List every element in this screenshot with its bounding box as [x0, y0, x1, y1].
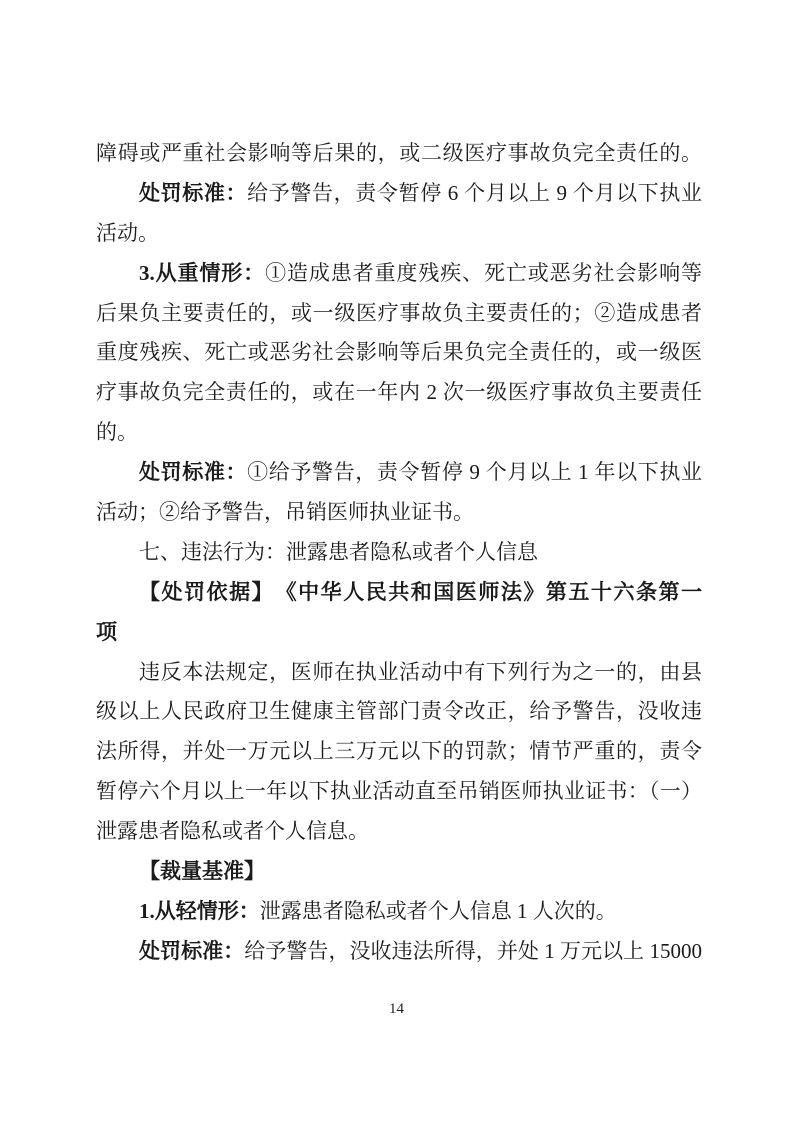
doc-line-penalty-standard: 处罚标准：给予警告，责令暂停 6 个月以上 9 个月以下执业	[96, 174, 702, 214]
document-page: 障碍或严重社会影响等后果的，或二级医疗事故负完全责任的。 处罚标准：给予警告，责…	[0, 0, 793, 1122]
line-text: 泄露患者隐私或者个人信息。	[96, 819, 369, 843]
line-text: 给予警告，没收违法所得，并处 1 万元以上 15000	[244, 939, 702, 963]
doc-line: 暂停六个月以上一年以下执业活动直至吊销医师执业证书：（一）	[96, 772, 702, 812]
line-text: 障碍或严重社会影响等后果的，或二级医疗事故负完全责任的。	[96, 141, 702, 165]
line-text: 后果负主要责任的，或一级医疗事故负主要责任的；②造成患者	[96, 301, 702, 325]
line-text: 七、违法行为：泄露患者隐私或者个人信息	[139, 540, 538, 564]
line-label: 处罚标准：	[139, 181, 247, 205]
line-label: 1.从轻情形：	[139, 899, 260, 923]
doc-line-violation-heading: 七、违法行为：泄露患者隐私或者个人信息	[96, 533, 702, 573]
doc-line: 泄露患者隐私或者个人信息。	[96, 812, 702, 852]
line-text: 活动。	[96, 221, 159, 245]
line-text: 重度残疾、死亡或恶劣社会影响等后果负完全责任的，或一级医	[96, 340, 702, 364]
line-label: 【处罚依据】 《中华人民共和国医师法》第五十六条第一	[139, 580, 702, 604]
doc-line-penalty-standard: 处罚标准：①给予警告，责令暂停 9 个月以上 1 年以下执业	[96, 453, 702, 493]
doc-line-discretion-benchmark-heading: 【裁量基准】	[96, 852, 702, 892]
doc-line-penalty-basis-heading: 【处罚依据】 《中华人民共和国医师法》第五十六条第一	[96, 573, 702, 613]
line-text: 给予警告，责令暂停 6 个月以上 9 个月以下执业	[247, 181, 702, 205]
line-label: 【裁量基准】	[139, 859, 265, 883]
page-footer: 14	[0, 999, 793, 1019]
line-label: 3.从重情形：	[139, 261, 265, 285]
doc-line-penalty-standard: 处罚标准：给予警告，没收违法所得，并处 1 万元以上 15000	[96, 932, 702, 972]
doc-line-mitigating-circumstance: 1.从轻情形：泄露患者隐私或者个人信息 1 人次的。	[96, 892, 702, 932]
line-text: 泄露患者隐私或者个人信息 1 人次的。	[260, 899, 617, 923]
doc-line: 的。	[96, 413, 702, 453]
line-text: 违反本法规定，医师在执业活动中有下列行为之一的，由县	[139, 660, 702, 684]
line-text: 疗事故负完全责任的，或在一年内 2 次一级医疗事故负主要责任	[96, 380, 702, 404]
line-text: 法所得，并处一万元以上三万元以下的罚款；情节严重的，责令	[96, 739, 702, 763]
document-body: 障碍或严重社会影响等后果的，或二级医疗事故负完全责任的。 处罚标准：给予警告，责…	[96, 134, 702, 972]
doc-line: 活动。	[96, 214, 702, 254]
line-text: ①造成患者重度残疾、死亡或恶劣社会影响等	[265, 261, 702, 285]
doc-line: 后果负主要责任的，或一级医疗事故负主要责任的；②造成患者	[96, 294, 702, 334]
doc-line: 项	[96, 613, 702, 653]
doc-line: 疗事故负完全责任的，或在一年内 2 次一级医疗事故负主要责任	[96, 373, 702, 413]
page-number: 14	[389, 999, 404, 1019]
line-text: 级以上人民政府卫生健康主管部门责令改正，给予警告，没收违	[96, 699, 702, 723]
doc-line: 重度残疾、死亡或恶劣社会影响等后果负完全责任的，或一级医	[96, 333, 702, 373]
doc-line: 障碍或严重社会影响等后果的，或二级医疗事故负完全责任的。	[96, 134, 702, 174]
line-text: 暂停六个月以上一年以下执业活动直至吊销医师执业证书：（一）	[96, 779, 702, 803]
doc-line-aggravating-circumstance: 3.从重情形：①造成患者重度残疾、死亡或恶劣社会影响等	[96, 254, 702, 294]
line-label: 处罚标准：	[139, 460, 247, 484]
doc-line: 级以上人民政府卫生健康主管部门责令改正，给予警告，没收违	[96, 692, 702, 732]
line-label: 处罚标准：	[139, 939, 244, 963]
line-label: 项	[96, 620, 117, 644]
doc-line: 违反本法规定，医师在执业活动中有下列行为之一的，由县	[96, 653, 702, 693]
line-text: ①给予警告，责令暂停 9 个月以上 1 年以下执业	[247, 460, 702, 484]
line-text: 活动；②给予警告，吊销医师执业证书。	[96, 500, 474, 524]
line-text: 的。	[96, 420, 138, 444]
doc-line: 法所得，并处一万元以上三万元以下的罚款；情节严重的，责令	[96, 732, 702, 772]
doc-line: 活动；②给予警告，吊销医师执业证书。	[96, 493, 702, 533]
